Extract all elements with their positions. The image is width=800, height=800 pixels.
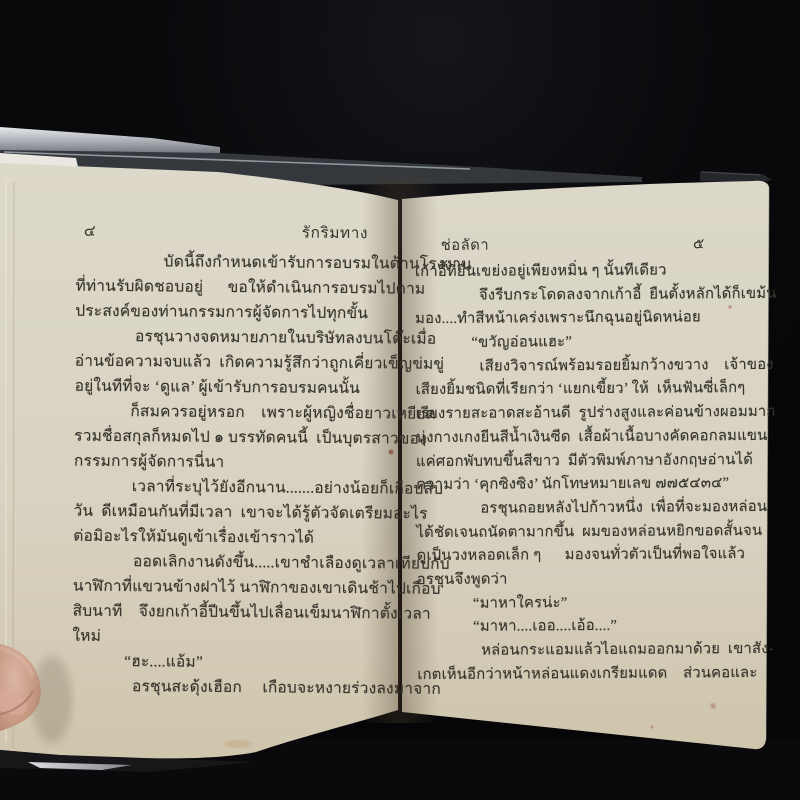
text-line: อยู่ในทีที่จะ ‘ดูแล’ ผู้เข้ารับการอบรมคน… [75, 374, 393, 402]
text-line: สิบนาที จึงยกเก้าอี้ปีนขึ้นไปเลื่อนเข็มน… [73, 599, 391, 627]
text-line: ต่อมิอะไรให้มันดูเข้าเรื่องเข้าราวได้ [73, 524, 391, 552]
text-line: นุ่งกางเกงยีนสีน้ำเงินซีด เสื้อผ้าเนื้อบ… [416, 425, 768, 451]
text-line: เวลาที่ระบุไว้ยังอีกนาน.......อย่างน้อยก… [74, 474, 392, 502]
foxing-stain [710, 703, 715, 708]
text-line: เสียงวิจารณ์พร้อมรอยยิ้มกว้างขวาง เจ้าขอ… [415, 354, 767, 380]
text-line: ความว่า ‘คุกซิงซิง’ นักโทษหมายเลข ๗๗๕๔๓๔… [416, 472, 768, 498]
text-line: “ฮะ....แอ้ม” [72, 649, 390, 677]
text-line: นาฬิกาที่แขวนข้างฝาไว้ นาฬิกาของเขาเดินช… [73, 574, 391, 602]
text-line: เรียงรายสะอาดสะอ้านดี รูปร่างสูงและค่อนข… [416, 401, 768, 427]
text-line: อรชุนวางจดหมายภายในบริษัทลงบนโต๊ะเมื่อ [75, 324, 393, 352]
text-line: กรรมการผู้จัดการนี่นา [74, 449, 392, 477]
text-line: บัดนี้ถึงกำหนดเข้ารับการอบรมในด้านโรงงาน [76, 249, 394, 277]
text-line: ที่ท่านรับผิดชอบอยู่ ขอให้ดำเนินการอบรมไ… [75, 274, 393, 302]
page-smudge [224, 740, 252, 748]
text-line: ประสงค์ของท่านกรรมการผู้จัดการไปทุกขั้น [75, 299, 393, 327]
text-line: เสียงยิ้มชนิดที่เรียกว่า ‘แยกเขี้ยว’ ให้… [416, 377, 768, 403]
text-line: มอง....ทำสีหน้าเคร่งเพราะนึกฉุนอยู่นิดหน… [415, 306, 767, 332]
text-line: อรชุนสะดุ้งเฮือก เกือบจะหงายร่วงลงมาจาก [72, 674, 390, 702]
book-title-running-head: รักริมทาง [302, 220, 368, 246]
text-line: รวมชื่อสกุลก็หมดไป ๑ บรรทัดคนนี้ เป็นบุต… [74, 424, 392, 452]
right-page-header: ช่อลัดา ๕ [415, 225, 767, 257]
text-line: อรชุนจึงพูดว่า [417, 567, 769, 593]
left-page-header: ๔ รักริมทาง [76, 213, 394, 246]
left-page-number: ๔ [84, 218, 96, 243]
author-running-head: ช่อลัดา [441, 233, 490, 257]
text-line: เกตเห็นอีกว่าหน้าหล่อนแดงเกรียมแดด ส่วนค… [417, 662, 769, 688]
right-page: ช่อลัดา ๕ เก้าอี้ที่ยืนเขย่งอยู่เพียงหมิ… [415, 225, 770, 688]
right-page-number: ๕ [693, 231, 705, 255]
text-line: ใหม่ [72, 624, 390, 652]
text-line: อ่านข้อความจบแล้ว เกิดความรู้สึกว่าถูกเค… [75, 349, 393, 377]
text-line: อรชุนถอยหลังไปก้าวหนึ่ง เพื่อที่จะมองหล่… [416, 496, 768, 522]
text-line: ออดเลิกงานดังขึ้น.....เขาชำเลืองดูเวลาเท… [73, 549, 391, 577]
text-line: “มาหา....เออ....เอ้อ....” [417, 614, 769, 640]
text-line: เก้าอี้ที่ยืนเขย่งอยู่เพียงหมิ่น ๆ นั้นท… [415, 259, 767, 285]
text-line: แค่ศอกพับทบขึ้นสีขาว มีตัวพิมพ์ภาษาอังกฤ… [416, 448, 768, 474]
right-page-text-block: เก้าอี้ที่ยืนเขย่งอยู่เพียงหมิ่น ๆ นั้นท… [415, 259, 770, 688]
left-page: ๔ รักริมทาง บัดนี้ถึงกำหนดเข้ารับการอบรม… [72, 213, 394, 702]
text-line: วัน ดีเหมือนกันที่มีเวลา เขาจะได้รู้ตัวจ… [73, 499, 391, 527]
text-line: ดูเป็นวงหลอดเล็ก ๆ มองจนทั่วตัวเป็นที่พอ… [417, 543, 769, 569]
left-page-text-block: บัดนี้ถึงกำหนดเข้ารับการอบรมในด้านโรงงาน… [72, 249, 394, 702]
text-line: “ขวัญอ่อนแฮะ” [415, 330, 767, 356]
foxing-stain [650, 725, 653, 728]
text-line: “มาหาใครน่ะ” [417, 591, 769, 617]
text-line: ได้ชัดเจนถนัดตามากขึ้น ผมของหล่อนหยิกขอด… [416, 519, 768, 545]
book-photo-scene: ๔ รักริมทาง บัดนี้ถึงกำหนดเข้ารับการอบรม… [0, 0, 800, 800]
text-line: หล่อนกระแอมแล้วไอแถมออกมาด้วย เขาสัง- [417, 638, 769, 664]
text-line: จึงรีบกระโดดลงจากเก้าอี้ ยืนตั้งหลักได้ก… [415, 283, 767, 309]
text-line: ก็สมควรอยู่หรอก เพราะผู้หญิงชื่อยาวเหยีย… [74, 399, 392, 427]
